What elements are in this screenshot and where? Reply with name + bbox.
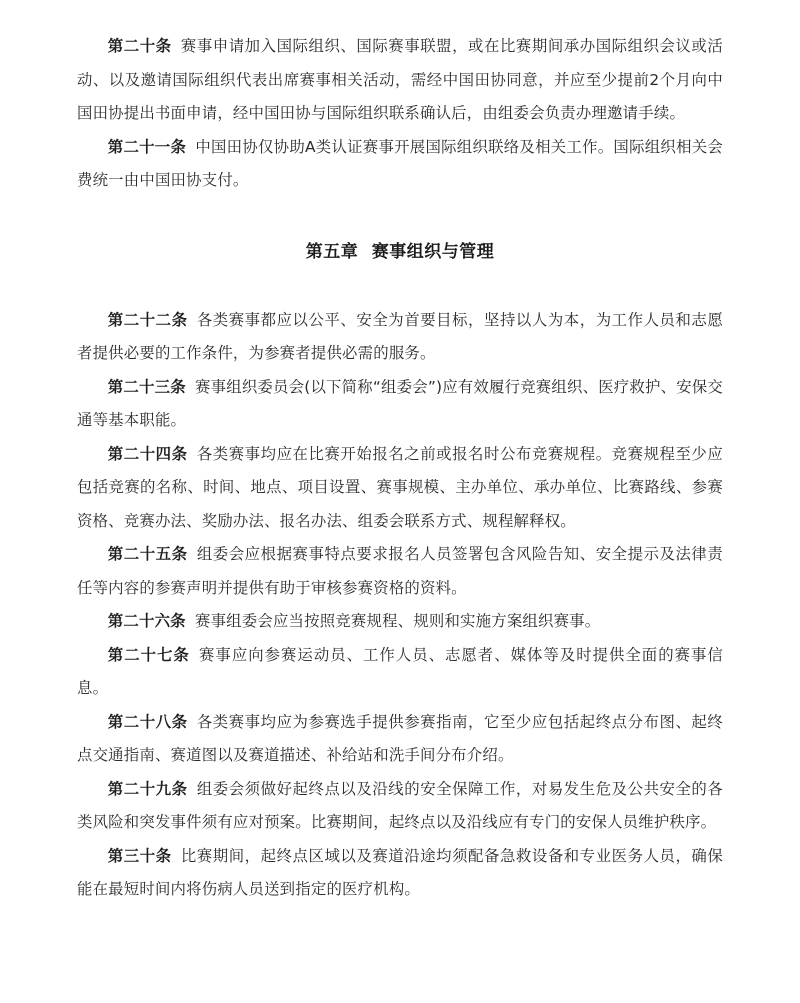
article-26: 第二十六条赛事组委会应当按照竞赛规程、规则和实施方案组织赛事。 bbox=[77, 605, 723, 639]
document-page: 第二十条赛事申请加入国际组织、国际赛事联盟，或在比赛期间承办国际组织会议或活动、… bbox=[77, 30, 723, 907]
chapter-heading: 第五章赛事组织与管理 bbox=[77, 235, 723, 269]
article-number: 第二十二条 bbox=[108, 311, 188, 329]
article-number: 第二十七条 bbox=[108, 646, 190, 664]
article-text: 赛事组委会应当按照竞赛规程、规则和实施方案组织赛事。 bbox=[195, 612, 600, 630]
article-25: 第二十五条组委会应根据赛事特点要求报名人员签署包含风险告知、安全提示及法律责任等… bbox=[77, 538, 723, 605]
chapter-title: 赛事组织与管理 bbox=[372, 242, 495, 262]
article-number: 第二十条 bbox=[108, 37, 172, 55]
article-21: 第二十一条中国田协仅协助A类认证赛事开展国际组织联络及相关工作。国际组织相关会费… bbox=[77, 131, 723, 198]
article-27: 第二十七条赛事应向参赛运动员、工作人员、志愿者、媒体等及时提供全面的赛事信息。 bbox=[77, 639, 723, 706]
article-number: 第二十四条 bbox=[108, 445, 188, 463]
article-number: 第二十六条 bbox=[108, 612, 186, 630]
article-number: 第二十一条 bbox=[108, 138, 186, 156]
article-number: 第二十八条 bbox=[108, 713, 188, 731]
article-number: 第二十三条 bbox=[108, 378, 186, 396]
article-28: 第二十八条各类赛事均应为参赛选手提供参赛指南，它至少应包括起终点分布图、起终点交… bbox=[77, 706, 723, 773]
chapter-number: 第五章 bbox=[306, 242, 359, 262]
article-number: 第二十九条 bbox=[108, 780, 188, 798]
article-number: 第三十条 bbox=[108, 847, 172, 865]
article-30: 第三十条比赛期间，起终点区域以及赛道沿途均须配备急救设备和专业医务人员，确保能在… bbox=[77, 840, 723, 907]
article-23: 第二十三条赛事组织委员会(以下简称“组委会”)应有效履行竞赛组织、医疗救护、安保… bbox=[77, 371, 723, 438]
article-text: 赛事申请加入国际组织、国际赛事联盟，或在比赛期间承办国际组织会议或活动、以及邀请… bbox=[77, 37, 723, 122]
article-29: 第二十九条组委会须做好起终点以及沿线的安全保障工作，对易发生危及公共安全的各类风… bbox=[77, 773, 723, 840]
article-text: 比赛期间，起终点区域以及赛道沿途均须配备急救设备和专业医务人员，确保能在最短时间… bbox=[77, 847, 723, 899]
article-20: 第二十条赛事申请加入国际组织、国际赛事联盟，或在比赛期间承办国际组织会议或活动、… bbox=[77, 30, 723, 131]
article-number: 第二十五条 bbox=[108, 545, 188, 563]
article-22: 第二十二条各类赛事都应以公平、安全为首要目标，坚持以人为本，为工作人员和志愿者提… bbox=[77, 304, 723, 371]
article-24: 第二十四条各类赛事均应在比赛开始报名之前或报名时公布竞赛规程。竞赛规程至少应包括… bbox=[77, 438, 723, 539]
